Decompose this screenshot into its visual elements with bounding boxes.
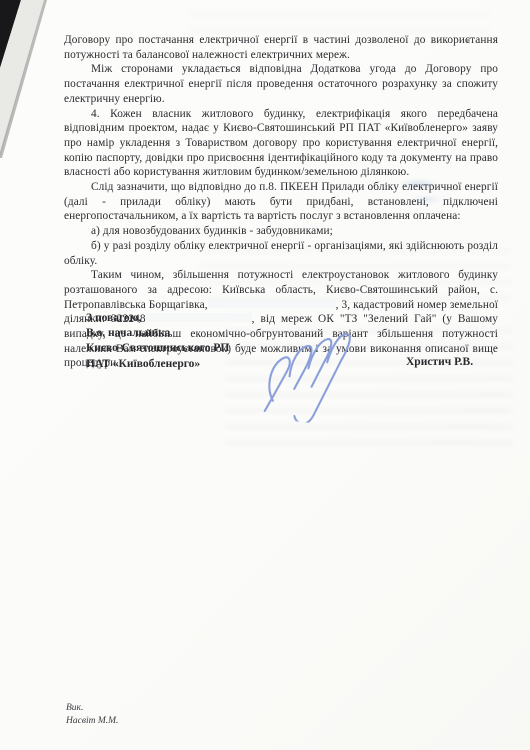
- paragraph-clause-4: 4. Кожен власник житлового будинку, елек…: [64, 107, 498, 181]
- signature-block: З повагою, В.о. начальника Києво-Святоши…: [86, 311, 229, 372]
- paragraph-continuation: Договору про постачання електричної енер…: [64, 33, 498, 62]
- executor-label: Вик.: [66, 702, 118, 715]
- executor-note: Вик. Насвіт М.М.: [66, 702, 118, 728]
- list-item-b: б) у разі розділу обліку електричної ене…: [64, 239, 498, 268]
- handwritten-signature: [255, 318, 375, 429]
- redacted-blank: [208, 299, 336, 308]
- paragraph-metering: Слід зазначити, що відповідно до п.8. ПК…: [64, 180, 498, 224]
- executor-name: Насвіт М.М.: [66, 715, 118, 728]
- scanned-letter-page: Договору про постачання електричної енер…: [0, 0, 530, 750]
- signer-title-line: ПАТ «Київобленерго»: [86, 357, 229, 372]
- paragraph-addendum-agreement: Між сторонами укладається відповідна Дод…: [64, 62, 498, 106]
- scan-corner-artifact: [0, 0, 60, 165]
- signer-name: Христич Р.В.: [406, 356, 473, 368]
- signer-title-line: Києво-Святошинського РП: [86, 341, 229, 356]
- closing-salutation: З повагою,: [86, 311, 229, 326]
- list-item-a: а) для новозбудованих будинків - забудов…: [64, 224, 498, 239]
- signer-title-line: В.о. начальника: [86, 326, 229, 341]
- bleedthrough-ghost: [190, 12, 490, 34]
